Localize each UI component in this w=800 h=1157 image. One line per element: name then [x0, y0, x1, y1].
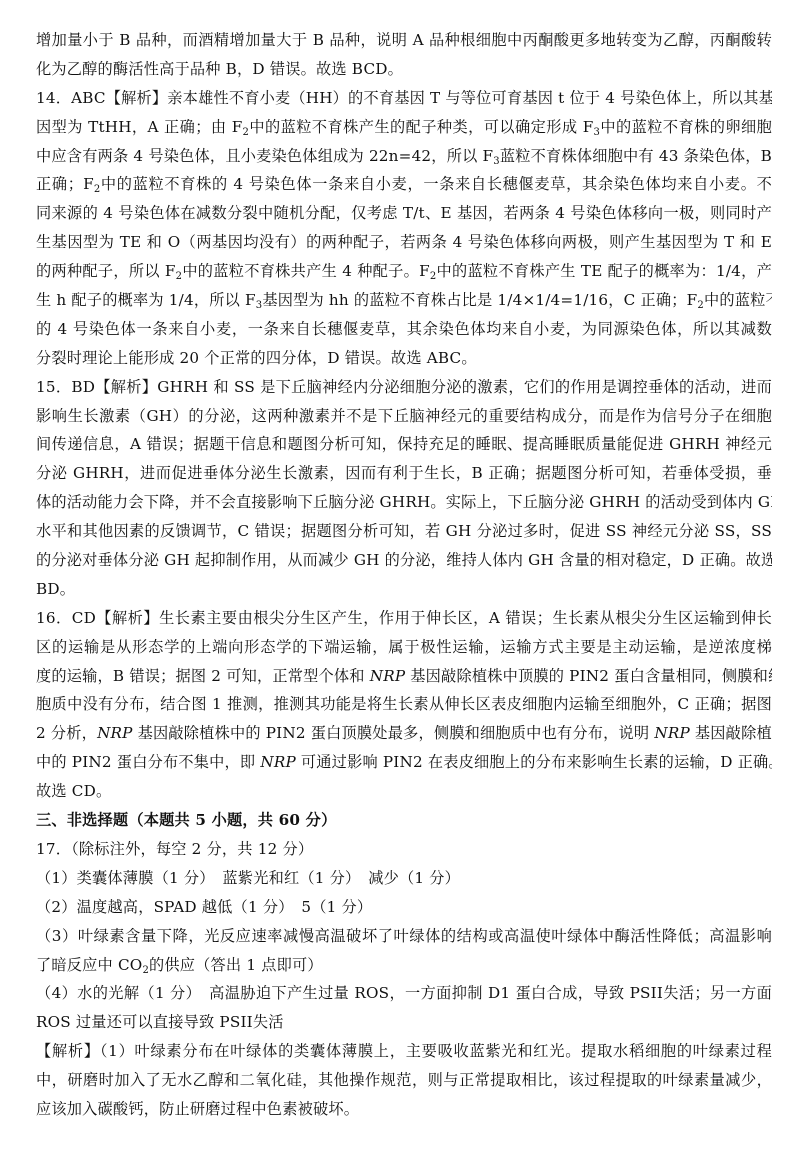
text-segment: 增加量小于 B 品种，而酒精增加量大于 B 品种，说明 A 品种根细胞中丙酮酸更…: [36, 31, 772, 49]
text-segment: 中的蓝粒不育株: [704, 291, 772, 309]
text-segment: 基因敲除植株中的 PIN2 蛋白顶膜处最多，侧膜和细胞质中也有分布，说明: [133, 724, 655, 742]
text-segment: 中，研磨时加入了无水乙醇和二氧化硅，其他操作规范，则与正常提取相比，该过程提取的…: [36, 1071, 772, 1089]
text-segment: 16．CD【解析】生长素主要由根尖分生区产生，作用于伸长区，A 错误；生长素从根…: [36, 609, 772, 627]
text-line: 16．CD【解析】生长素主要由根尖分生区产生，作用于伸长区，A 错误；生长素从根…: [36, 604, 772, 633]
text-segment: 同来源的 4 号染色体在减数分裂中随机分配，仅考虑 T/t、E 基因，若两条 4…: [36, 204, 772, 222]
text-segment: 分泌 GHRH，进而促进垂体分泌生长激素，因而有利于生长，B 正确；据题图分析可…: [36, 464, 772, 482]
text-segment: 基因敲除植株: [690, 724, 772, 742]
text-line: ROS 过量还可以直接导致 PSII失活: [36, 1008, 772, 1037]
text-line: 故选 CD。: [36, 777, 772, 806]
text-line: （3）叶绿素含量下降，光反应速率减慢高温破坏了叶绿体的结构或高温使叶绿体中酶活性…: [36, 922, 772, 951]
text-line: 的两种配子，所以 F2中的蓝粒不育株共产生 4 种配子。F2中的蓝粒不育株产生 …: [36, 257, 772, 286]
text-segment: 中的 PIN2 蛋白分布不集中，即: [36, 753, 260, 771]
text-segment: 度的运输，B 错误；据图 2 可知，正常型个体和: [36, 667, 370, 685]
text-line: 水平和其他因素的反馈调节，C 错误；据题图分析可知，若 GH 分泌过多时，促进 …: [36, 517, 772, 546]
text-segment: 15．BD【解析】GHRH 和 SS 是下丘脑神经内分泌细胞分泌的激素，它们的作…: [36, 378, 772, 396]
text-line: （4）水的光解（1 分） 高温胁迫下产生过量 ROS，一方面抑制 D1 蛋白合成…: [36, 979, 772, 1008]
text-segment: 基因敲除植株中顶膜的 PIN2 蛋白含量相同，侧膜和细: [405, 667, 772, 685]
text-line: 同来源的 4 号染色体在减数分裂中随机分配，仅考虑 T/t、E 基因，若两条 4…: [36, 199, 772, 228]
text-line: 度的运输，B 错误；据图 2 可知，正常型个体和 NRP 基因敲除植株中顶膜的 …: [36, 662, 772, 691]
text-segment: 可通过影响 PIN2 在表皮细胞上的分布来影响生长素的运输，D 正确。: [296, 753, 772, 771]
text-line: 17．（除标注外，每空 2 分，共 12 分）: [36, 835, 772, 864]
text-line: 中，研磨时加入了无水乙醇和二氧化硅，其他操作规范，则与正常提取相比，该过程提取的…: [36, 1066, 772, 1095]
text-line: 15．BD【解析】GHRH 和 SS 是下丘脑神经内分泌细胞分泌的激素，它们的作…: [36, 373, 772, 402]
text-segment: 影响生长激素（GH）的分泌，这两种激素并不是下丘脑神经元的重要结构成分，而是作为…: [36, 407, 772, 425]
text-line: 分泌 GHRH，进而促进垂体分泌生长激素，因而有利于生长，B 正确；据题图分析可…: [36, 459, 772, 488]
text-segment: 【解析】（1）叶绿素分布在叶绿体的类囊体薄膜上，主要吸收蓝紫光和红光。提取水稻细…: [36, 1042, 772, 1060]
text-segment: 蓝粒不育株体细胞中有 43 条染色体，B: [500, 147, 772, 165]
text-segment: BD。: [36, 580, 75, 598]
text-segment: 的供应（答出 1 点即可）: [149, 956, 323, 974]
text-segment: 胞质中没有分布，结合图 1 推测，推测其功能是将生长素从伸长区表皮细胞内运输至细…: [36, 695, 772, 713]
text-segment: 区的运输是从形态学的上端向形态学的下端运输，属于极性运输，运输方式主要是主动运输…: [36, 638, 772, 656]
text-line: 14．ABC【解析】亲本雄性不育小麦（HH）的不育基因 T 与等位可育基因 t …: [36, 84, 772, 113]
text-segment: 基因型为 hh 的蓝粒不育株占比是 1/4×1/4=1/16，C 正确；F: [262, 291, 697, 309]
text-segment: （1）类囊体薄膜（1 分） 蓝紫光和红（1 分） 减少（1 分）: [36, 869, 460, 887]
text-line: （1）类囊体薄膜（1 分） 蓝紫光和红（1 分） 减少（1 分）: [36, 864, 772, 893]
text-segment: 正确；F: [36, 175, 94, 193]
text-segment: 中的蓝粒不育株的卵细胞: [600, 118, 772, 136]
text-line: 体的活动能力会下降，并不会直接影响下丘脑分泌 GHRH。实际上，下丘脑分泌 GH…: [36, 488, 772, 517]
text-line: 2 分析，NRP 基因敲除植株中的 PIN2 蛋白顶膜处最多，侧膜和细胞质中也有…: [36, 719, 772, 748]
gene-name-italic: NRP: [97, 724, 133, 742]
text-segment: 故选 CD。: [36, 782, 111, 800]
text-line: 生 h 配子的概率为 1/4，所以 F3基因型为 hh 的蓝粒不育株占比是 1/…: [36, 286, 772, 315]
text-segment: （2）温度越高，SPAD 越低（1 分） 5（1 分）: [36, 898, 372, 916]
text-line: 影响生长激素（GH）的分泌，这两种激素并不是下丘脑神经元的重要结构成分，而是作为…: [36, 402, 772, 431]
text-segment: 水平和其他因素的反馈调节，C 错误；据题图分析可知，若 GH 分泌过多时，促进 …: [36, 522, 772, 540]
text-line: 因型为 TtHH，A 正确；由 F2中的蓝粒不育株产生的配子种类，可以确定形成 …: [36, 113, 772, 142]
text-segment: 生 h 配子的概率为 1/4，所以 F: [36, 291, 256, 309]
text-line: 间传递信息，A 错误；据题干信息和题图分析可知，保持充足的睡眠、提高睡眠质量能促…: [36, 430, 772, 459]
text-line: 中应含有两条 4 号染色体，且小麦染色体组成为 22n=42，所以 F3蓝粒不育…: [36, 142, 772, 171]
text-segment: 中的蓝粒不育株产生 TE 配子的概率为：1/4，产: [436, 262, 772, 280]
text-segment: 中的蓝粒不育株的 4 号染色体一条来自小麦，一条来自长穗偃麦草，其余染色体均来自…: [100, 175, 772, 193]
text-line: 生基因型为 TE 和 O（两基因均没有）的两种配子，若两条 4 号染色体移向两极…: [36, 228, 772, 257]
text-segment: 化为乙醇的酶活性高于品种 B，D 错误。故选 BCD。: [36, 60, 403, 78]
text-segment: 三、非选择题（本题共 5 小题，共 60 分）: [36, 811, 336, 829]
text-segment: 的 4 号染色体一条来自小麦，一条来自长穗偃麦草，其余染色体均来自小麦，为同源染…: [36, 320, 772, 338]
text-line: BD。: [36, 575, 772, 604]
text-segment: 中的蓝粒不育株产生的配子种类，可以确定形成 F: [249, 118, 593, 136]
text-segment: （4）水的光解（1 分） 高温胁迫下产生过量 ROS，一方面抑制 D1 蛋白合成…: [36, 984, 772, 1002]
text-segment: 了暗反应中 CO: [36, 956, 142, 974]
text-segment: 14．ABC【解析】亲本雄性不育小麦（HH）的不育基因 T 与等位可育基因 t …: [36, 89, 772, 107]
text-line: 区的运输是从形态学的上端向形态学的下端运输，属于极性运输，运输方式主要是主动运输…: [36, 633, 772, 662]
text-segment: 2 分析，: [36, 724, 97, 742]
text-segment: 应该加入碳酸钙，防止研磨过程中色素被破坏。: [36, 1100, 359, 1118]
text-line: 应该加入碳酸钙，防止研磨过程中色素被破坏。: [36, 1095, 772, 1124]
gene-name-italic: NRP: [260, 753, 296, 771]
text-segment: 因型为 TtHH，A 正确；由 F: [36, 118, 243, 136]
gene-name-italic: NRP: [370, 667, 406, 685]
text-segment: 的分泌对垂体分泌 GH 起抑制作用，从而减少 GH 的分泌，维持人体内 GH 含…: [36, 551, 772, 569]
text-segment: 体的活动能力会下降，并不会直接影响下丘脑分泌 GHRH。实际上，下丘脑分泌 GH…: [36, 493, 772, 511]
text-line: （2）温度越高，SPAD 越低（1 分） 5（1 分）: [36, 893, 772, 922]
text-line: 了暗反应中 CO2的供应（答出 1 点即可）: [36, 951, 772, 980]
text-line: 胞质中没有分布，结合图 1 推测，推测其功能是将生长素从伸长区表皮细胞内运输至细…: [36, 690, 772, 719]
text-segment: 的两种配子，所以 F: [36, 262, 176, 280]
text-line: 正确；F2中的蓝粒不育株的 4 号染色体一条来自小麦，一条来自长穗偃麦草，其余染…: [36, 170, 772, 199]
text-line: 【解析】（1）叶绿素分布在叶绿体的类囊体薄膜上，主要吸收蓝紫光和红光。提取水稻细…: [36, 1037, 772, 1066]
text-line: 的 4 号染色体一条来自小麦，一条来自长穗偃麦草，其余染色体均来自小麦，为同源染…: [36, 315, 772, 344]
gene-name-italic: NRP: [654, 724, 690, 742]
text-segment: ROS 过量还可以直接导致 PSII失活: [36, 1013, 284, 1031]
text-segment: 中的蓝粒不育株共产生 4 种配子。F: [182, 262, 430, 280]
text-segment: 分裂时理论上能形成 20 个正常的四分体，D 错误。故选 ABC。: [36, 349, 477, 367]
text-line: 增加量小于 B 品种，而酒精增加量大于 B 品种，说明 A 品种根细胞中丙酮酸更…: [36, 26, 772, 55]
text-segment: 17．（除标注外，每空 2 分，共 12 分）: [36, 840, 313, 858]
text-line: 化为乙醇的酶活性高于品种 B，D 错误。故选 BCD。: [36, 55, 772, 84]
text-segment: （3）叶绿素含量下降，光反应速率减慢高温破坏了叶绿体的结构或高温使叶绿体中酶活性…: [36, 927, 772, 945]
text-segment: 生基因型为 TE 和 O（两基因均没有）的两种配子，若两条 4 号染色体移向两极…: [36, 233, 772, 251]
section-heading: 三、非选择题（本题共 5 小题，共 60 分）: [36, 806, 772, 835]
text-line: 分裂时理论上能形成 20 个正常的四分体，D 错误。故选 ABC。: [36, 344, 772, 373]
text-segment: 中应含有两条 4 号染色体，且小麦染色体组成为 22n=42，所以 F: [36, 147, 493, 165]
text-line: 的分泌对垂体分泌 GH 起抑制作用，从而减少 GH 的分泌，维持人体内 GH 含…: [36, 546, 772, 575]
text-segment: 间传递信息，A 错误；据题干信息和题图分析可知，保持充足的睡眠、提高睡眠质量能促…: [36, 435, 772, 453]
text-line: 中的 PIN2 蛋白分布不集中，即 NRP 可通过影响 PIN2 在表皮细胞上的…: [36, 748, 772, 777]
document-page: 增加量小于 B 品种，而酒精增加量大于 B 品种，说明 A 品种根细胞中丙酮酸更…: [36, 26, 772, 1124]
